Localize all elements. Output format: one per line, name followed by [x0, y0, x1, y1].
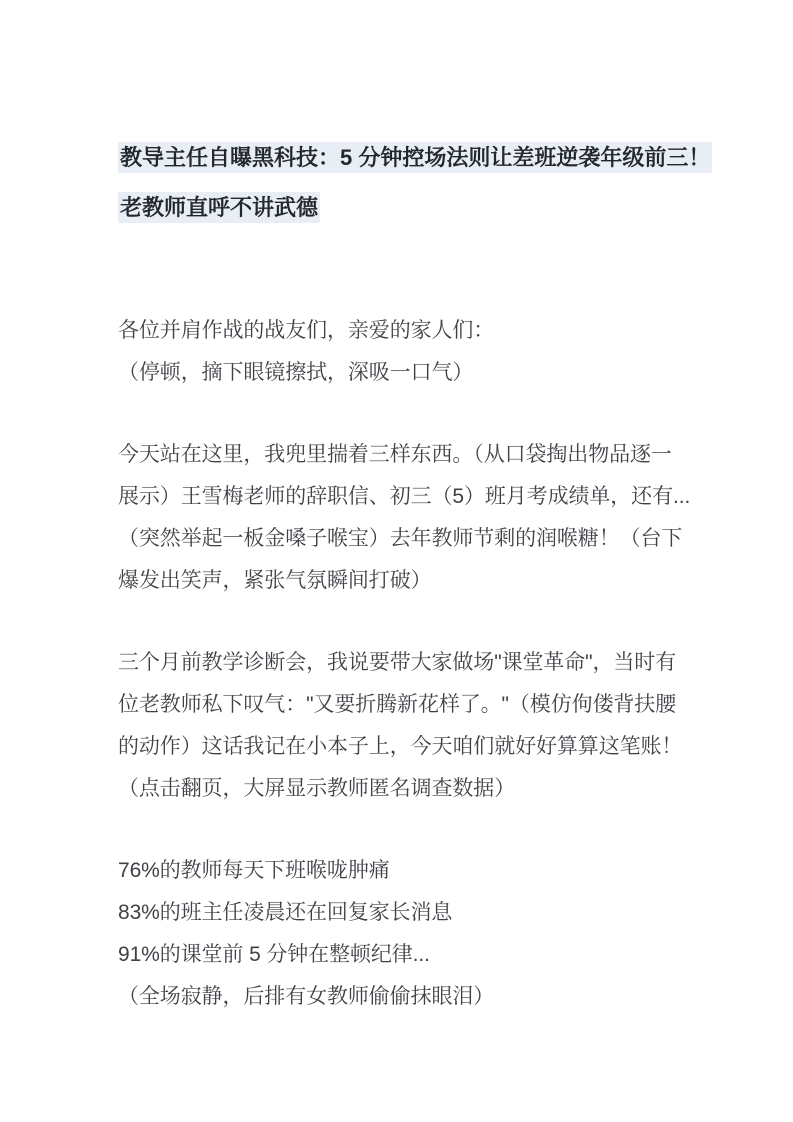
- stat-line: 91%的课堂前 5 分钟在整顿纪律...: [118, 934, 718, 976]
- text-line: （停顿，摘下眼镜擦拭，深吸一口气）: [118, 352, 718, 394]
- text-line: （突然举起一板金嗓子喉宝）去年教师节剩的润喉糖！（台下: [118, 518, 718, 560]
- title-line: 老教师直呼不讲武德: [118, 183, 718, 233]
- text-line: （点击翻页，大屏显示教师匿名调查数据）: [118, 768, 718, 810]
- title-line: 教导主任自曝黑科技：5 分钟控场法则让差班逆袭年级前三！: [118, 133, 718, 183]
- document-page: 教导主任自曝黑科技：5 分钟控场法则让差班逆袭年级前三！ 老教师直呼不讲武德 各…: [0, 0, 793, 1122]
- title-highlight: 教导主任自曝黑科技：5 分钟控场法则让差班逆袭年级前三！: [118, 142, 712, 173]
- paragraph-three-items: 今天站在这里，我兜里揣着三样东西。（从口袋掏出物品逐一 展示）王雪梅老师的辞职信…: [118, 434, 718, 602]
- article-title: 教导主任自曝黑科技：5 分钟控场法则让差班逆袭年级前三！ 老教师直呼不讲武德: [118, 133, 718, 233]
- stat-line: 76%的教师每天下班喉咙肿痛: [118, 850, 718, 892]
- document-content: 教导主任自曝黑科技：5 分钟控场法则让差班逆袭年级前三！ 老教师直呼不讲武德 各…: [118, 0, 718, 1058]
- paragraph-classroom-revolution: 三个月前教学诊断会，我说要带大家做场"课堂革命"，当时有 位老教师私下叹气："又…: [118, 642, 718, 810]
- text-line: 的动作）这话我记在小本子上，今天咱们就好好算算这笔账！: [118, 726, 718, 768]
- text-line: 位老教师私下叹气："又要折腾新花样了。"（模仿佝偻背扶腰: [118, 684, 718, 726]
- text-line: 展示）王雪梅老师的辞职信、初三（5）班月考成绩单，还有...: [118, 476, 718, 518]
- title-highlight: 老教师直呼不讲武德: [118, 192, 320, 223]
- text-line: 各位并肩作战的战友们，亲爱的家人们：: [118, 310, 718, 352]
- text-line: 今天站在这里，我兜里揣着三样东西。（从口袋掏出物品逐一: [118, 434, 718, 476]
- text-line: 三个月前教学诊断会，我说要带大家做场"课堂革命"，当时有: [118, 642, 718, 684]
- stat-line: 83%的班主任凌晨还在回复家长消息: [118, 892, 718, 934]
- paragraph-greeting: 各位并肩作战的战友们，亲爱的家人们： （停顿，摘下眼镜擦拭，深吸一口气）: [118, 310, 718, 394]
- paragraph-survey-stats: 76%的教师每天下班喉咙肿痛 83%的班主任凌晨还在回复家长消息 91%的课堂前…: [118, 850, 718, 1018]
- stat-line: （全场寂静，后排有女教师偷偷抹眼泪）: [118, 976, 718, 1018]
- text-line: 爆发出笑声，紧张气氛瞬间打破）: [118, 560, 718, 602]
